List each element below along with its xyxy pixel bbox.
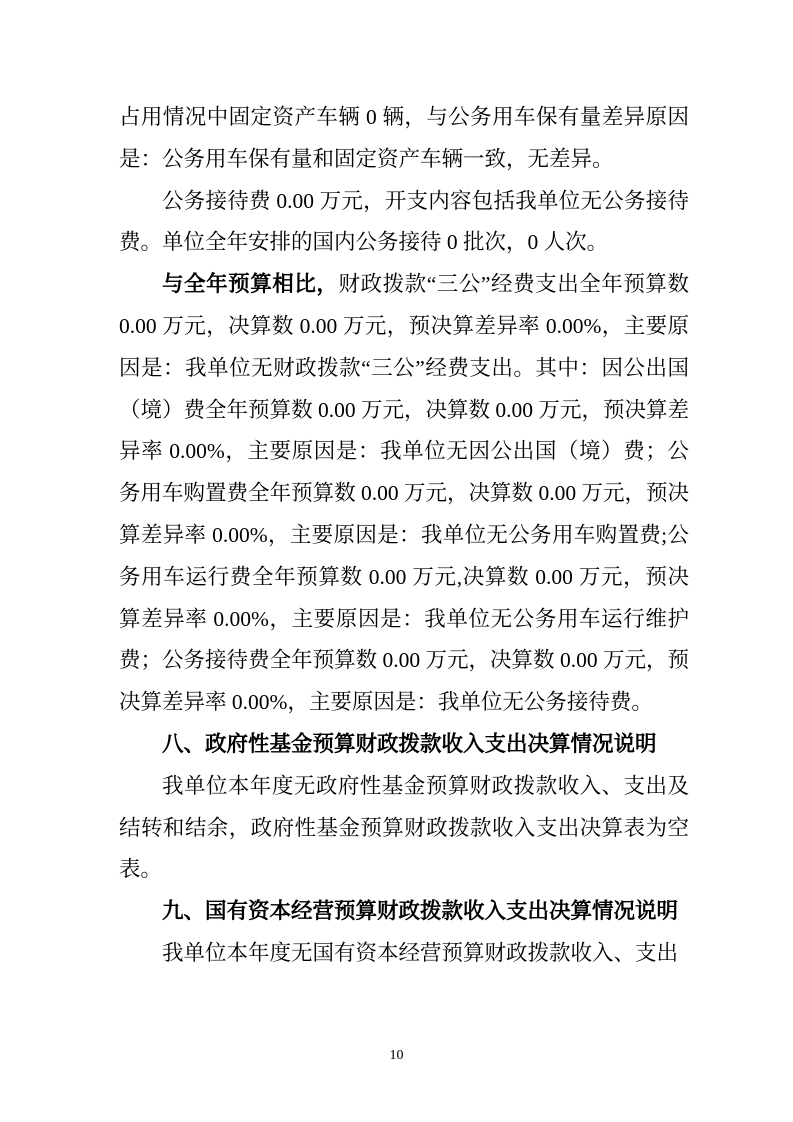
paragraph-vehicle-continuation: 占用情况中固定资产车辆 0 辆，与公务用车保有量差异原因是：公务用车保有量和固定… (119, 97, 689, 181)
heading-section-8-government-fund: 八、政府性基金预算财政拨款收入支出决算情况说明 (119, 724, 689, 766)
paragraph-section-8-government-fund: 我单位本年度无政府性基金预算财政拨款收入、支出及结转和结余，政府性基金预算财政拨… (119, 766, 689, 891)
page-content: 占用情况中固定资产车辆 0 辆，与公务用车保有量差异原因是：公务用车保有量和固定… (119, 97, 689, 975)
heading-section-9-state-capital: 九、国有资本经营预算财政拨款收入支出决算情况说明 (119, 891, 689, 933)
document-page: 占用情况中固定资产车辆 0 辆，与公务用车保有量差异原因是：公务用车保有量和固定… (0, 0, 793, 1122)
paragraph-budget-comparison: 与全年预算相比，财政拨款“三公”经费支出全年预算数 0.00 万元，决算数 0.… (119, 264, 689, 724)
paragraph-section-9-state-capital: 我单位本年度无国有资本经营预算财政拨款收入、支出 (119, 933, 689, 975)
budget-comparison-text: 财政拨款“三公”经费支出全年预算数 0.00 万元，决算数 0.00 万元，预决… (119, 272, 689, 714)
budget-comparison-bold-lead: 与全年预算相比， (162, 272, 338, 296)
paragraph-reception-fee: 公务接待费 0.00 万元，开支内容包括我单位无公务接待费。单位全年安排的国内公… (119, 181, 689, 265)
page-number: 10 (0, 1048, 793, 1064)
